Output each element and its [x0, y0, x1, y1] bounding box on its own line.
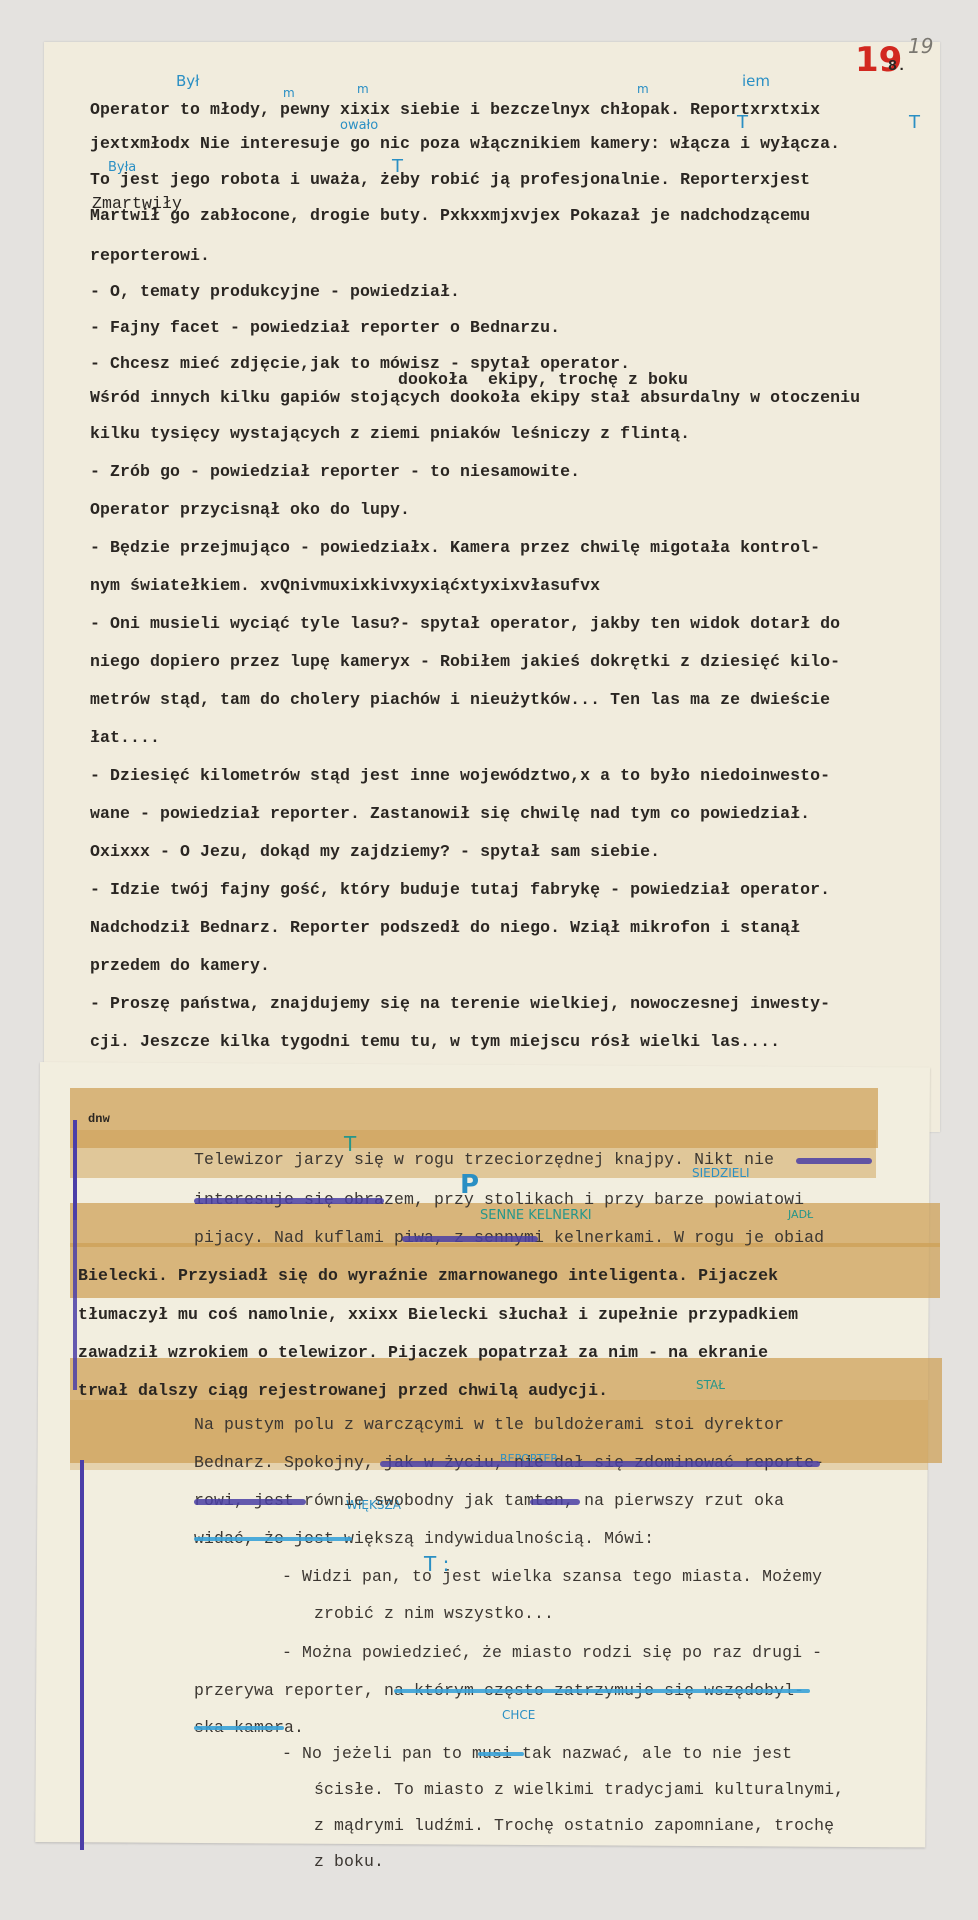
annotation-stal: STAŁ: [696, 1378, 725, 1392]
typed-line-b6: zawadził wzrokiem o telewizor. Pijaczek …: [78, 1343, 768, 1362]
typed-line-15: - Oni musieli wyciąć tyle lasu?- spytał …: [90, 614, 840, 633]
typed-line-3: To jest jego robota i uważa, żeby robić …: [90, 170, 810, 189]
strikethrough-mark: [194, 1499, 306, 1505]
typed-line-b5: tłumaczył mu coś namolnie, xxixx Bieleck…: [78, 1305, 798, 1324]
typed-line-b7: trwał dalszy ciąg rejestrowanej przed ch…: [78, 1381, 608, 1400]
strikethrough-mark: [478, 1752, 524, 1756]
annotation-senne-kelnerki: SENNE KELNERKI: [480, 1208, 592, 1223]
typed-line-6: - O, tematy produkcyjne - powiedział.: [90, 282, 460, 301]
typed-line-18: łat....: [90, 728, 160, 747]
margin-marker-line: [80, 1460, 84, 1850]
annotation-iem: iem: [742, 72, 770, 90]
typed-line-17: metrów stąd, tam do cholery piachów i ni…: [90, 690, 830, 709]
typed-line-10: kilku tysięcy wystających z ziemi pniakó…: [90, 424, 690, 443]
tape-scribble: dnw: [88, 1112, 110, 1126]
typed-line-26: cji. Jeszcze kilka tygodni temu tu, w ty…: [90, 1032, 780, 1051]
annotation-byl: Był: [176, 72, 199, 90]
typed-line-1: Operator to młody, pewny xixix siebie i …: [90, 100, 820, 119]
typed-line-9: Wśród innych kilku gapiów stojących dook…: [90, 388, 860, 407]
typed-line-b13: zrobić z nim wszystko...: [314, 1604, 554, 1623]
strikethrough-mark: [194, 1537, 352, 1541]
typed-line-7: - Fajny facet - powiedział reporter o Be…: [90, 318, 560, 337]
margin-marker-line: [73, 1220, 77, 1390]
strikethrough-mark: [530, 1499, 580, 1505]
typed-line-b18: ścisłe. To miasto z wielkimi tradycjami …: [314, 1780, 844, 1799]
typed-page-number: 8.: [888, 58, 906, 75]
strikethrough-mark: [796, 1158, 872, 1164]
typed-line-2: jextxmłodx Nie interesuje go nic poza wł…: [90, 134, 840, 153]
typed-line-20: wane - powiedział reporter. Zastanowił s…: [90, 804, 810, 823]
typed-line-14: nym światełkiem. xvQnivmuxixkivxyxiąćxty…: [90, 576, 600, 595]
typed-line-4: Martwił go zabłocone, drogie buty. Pxkxx…: [90, 206, 810, 225]
typed-insert-dookola: dookoła ekipy, trochę z boku: [398, 370, 688, 389]
typed-line-22: - Idzie twój fajny gość, który buduje tu…: [90, 880, 830, 899]
typed-line-b19: z mądrymi ludźmi. Trochę ostatnio zapomn…: [314, 1816, 834, 1835]
pencil-page-number: 19: [908, 34, 933, 58]
typed-line-25: - Proszę państwa, znajdujemy się na tere…: [90, 994, 830, 1013]
annotation-owalo: owało: [340, 118, 378, 133]
annotation-t-mark: T: [909, 112, 920, 133]
annotation-m: m: [637, 82, 649, 96]
typed-line-b20: z boku.: [314, 1852, 384, 1871]
strikethrough-mark: [402, 1236, 538, 1242]
typed-line-24: przedem do kamery.: [90, 956, 270, 975]
typed-line-13: - Będzie przejmująco - powiedziałx. Kame…: [90, 538, 820, 557]
strikethrough-mark: [194, 1198, 384, 1204]
typed-line-b17: - No jeżeli pan to musi tak nazwać, ale …: [282, 1744, 792, 1763]
typed-line-b8: Na pustym polu z warczącymi w tle buldoż…: [194, 1415, 784, 1434]
typed-line-23: Nadchodził Bednarz. Reporter podszedł do…: [90, 918, 800, 937]
typed-line-12: Operator przycisnął oko do lupy.: [90, 500, 410, 519]
annotation-jadl: JADŁ: [788, 1208, 813, 1221]
typed-line-5: reporterowi.: [90, 246, 210, 265]
strikethrough-mark: [194, 1726, 284, 1730]
typed-line-b12: - Widzi pan, to jest wielka szansa tego …: [282, 1567, 822, 1586]
annotation-m: m: [283, 86, 295, 100]
typed-line-b1: Telewizor jarzy się w rogu trzeciorzędne…: [194, 1150, 774, 1169]
typed-line-16: niego dopiero przez lupę kameryx - Robił…: [90, 652, 840, 671]
annotation-chce: CHCE: [502, 1708, 535, 1722]
typed-line-b4: Bielecki. Przysiadł się do wyraźnie zmar…: [78, 1266, 778, 1285]
typed-line-b14: - Można powiedzieć, że miasto rodzi się …: [282, 1643, 822, 1662]
annotation-m: m: [357, 82, 369, 96]
margin-marker-line: [73, 1120, 77, 1220]
strikethrough-mark: [380, 1461, 820, 1467]
typed-line-11: - Zrób go - powiedział reporter - to nie…: [90, 462, 580, 481]
strikethrough-mark: [394, 1689, 810, 1693]
typed-line-21: Oxixxx - O Jezu, dokąd my zajdziemy? - s…: [90, 842, 660, 861]
typed-line-19: - Dziesięć kilometrów stąd jest inne woj…: [90, 766, 830, 785]
